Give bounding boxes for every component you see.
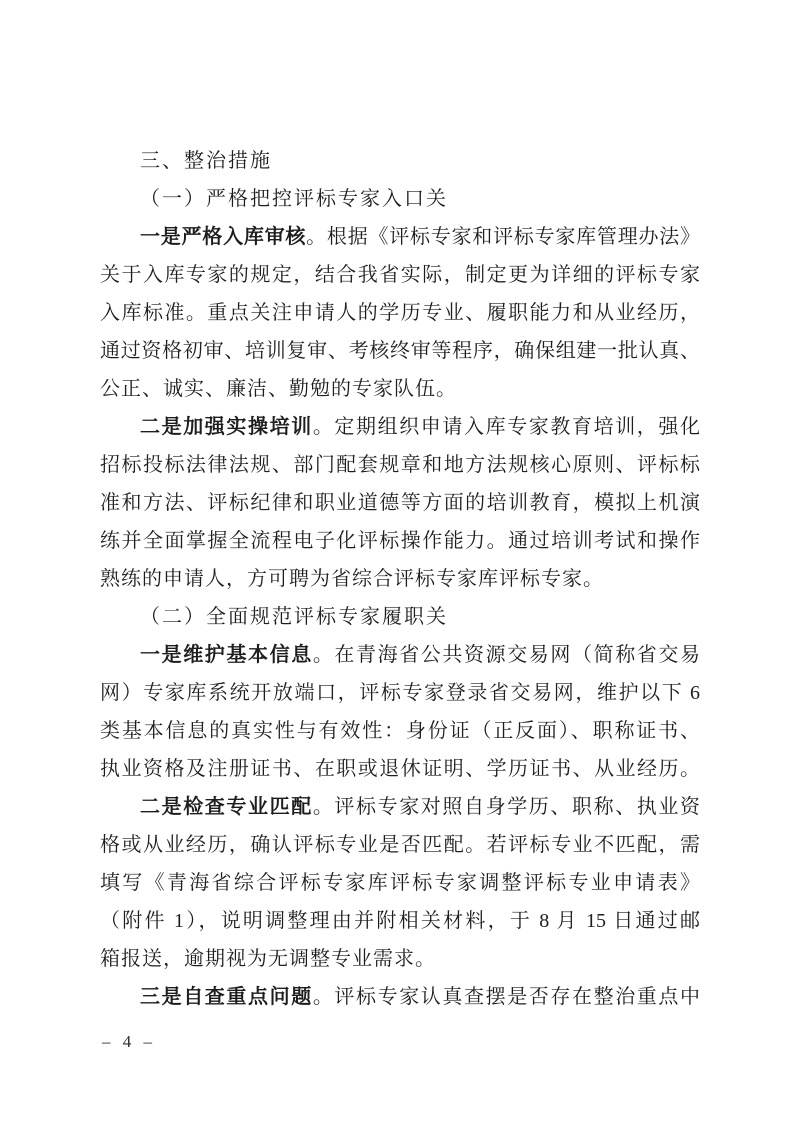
- paragraph-4-lead: 二是检查专业匹配: [140, 796, 313, 818]
- paragraph-5-lead: 三是自查重点问题: [140, 986, 313, 1008]
- doc-line: 一是维护基本信息。在青海省公共资源交易网（简称省交易: [100, 636, 700, 674]
- doc-line: 入库标准。重点关注申请人的学历专业、履职能力和从业经历，: [100, 294, 700, 332]
- doc-line: 三是自查重点问题。评标专家认真查摆是否存在整治重点中: [100, 978, 700, 1016]
- doc-line: 二是加强实操培训。定期组织申请入库专家教育培训，强化: [100, 408, 700, 446]
- doc-line-text: 执业资格及注册证书、在职或退休证明、学历证书、从业经历。: [100, 758, 700, 780]
- doc-line-text: 类基本信息的真实性与有效性：身份证（正反面）、职称证书、: [100, 720, 700, 742]
- doc-line-text: 。评标专家对照自身学历、职称、执业资: [313, 796, 700, 818]
- doc-line-text: 熟练的申请人，方可聘为省综合评标专家库评标专家。: [100, 568, 604, 590]
- doc-line-text: 。评标专家认真查摆是否存在整治重点中: [313, 986, 700, 1008]
- doc-line: 招标投标法律法规、部门配套规章和地方法规核心原则、评标标: [100, 446, 700, 484]
- subsection-heading-1: （一）严格把控评标专家入口关: [100, 180, 700, 218]
- doc-line-text: 准和方法、评标纪律和职业道德等方面的培训教育，模拟上机演: [100, 492, 700, 514]
- doc-line: （附件 1），说明调整理由并附相关材料，于 8 月 15 日通过邮: [100, 902, 700, 940]
- doc-line: 格或从业经历，确认评标专业是否匹配。若评标专业不匹配，需: [100, 826, 700, 864]
- doc-line: 箱报送，逾期视为无调整专业需求。: [100, 940, 700, 978]
- page-number: – 4 –: [102, 1028, 156, 1056]
- doc-line: 填写《青海省综合评标专家库评标专家调整评标专业申请表》: [100, 864, 700, 902]
- doc-line-text: 。根据《评标专家和评标专家库管理办法》: [306, 226, 700, 248]
- doc-line-text: 招标投标法律法规、部门配套规章和地方法规核心原则、评标标: [100, 454, 700, 476]
- subsection-heading-1-text: （一）严格把控评标专家入口关: [140, 188, 448, 210]
- doc-line: 练并全面掌握全流程电子化评标操作能力。通过培训考试和操作: [100, 522, 700, 560]
- paragraph-3-lead: 一是维护基本信息: [140, 644, 313, 666]
- subsection-heading-2: （二）全面规范评标专家履职关: [100, 598, 700, 636]
- doc-line-text: （附件 1），说明调整理由并附相关材料，于 8 月 15 日通过邮: [100, 910, 700, 932]
- doc-line-text: 入库标准。重点关注申请人的学历专业、履职能力和从业经历，: [100, 302, 700, 324]
- doc-line: 准和方法、评标纪律和职业道德等方面的培训教育，模拟上机演: [100, 484, 700, 522]
- doc-line-text: 关于入库专家的规定，结合我省实际，制定更为详细的评标专家: [100, 264, 700, 286]
- doc-line: 一是严格入库审核。根据《评标专家和评标专家库管理办法》: [100, 218, 700, 256]
- doc-line: 公正、诚实、廉洁、勤勉的专家队伍。: [100, 370, 700, 408]
- doc-line-text: 格或从业经历，确认评标专业是否匹配。若评标专业不匹配，需: [100, 834, 700, 856]
- doc-line-text: 网）专家库系统开放端口，评标专家登录省交易网，维护以下 6: [100, 682, 700, 704]
- document-body: 三、整治措施 （一）严格把控评标专家入口关 一是严格入库审核。根据《评标专家和评…: [100, 142, 700, 1016]
- doc-line: 执业资格及注册证书、在职或退休证明、学历证书、从业经历。: [100, 750, 700, 788]
- doc-line-text: 练并全面掌握全流程电子化评标操作能力。通过培训考试和操作: [100, 530, 700, 552]
- paragraph-1-lead: 一是严格入库审核: [140, 226, 306, 248]
- doc-line-text: 箱报送，逾期视为无调整专业需求。: [100, 948, 436, 970]
- doc-line: 网）专家库系统开放端口，评标专家登录省交易网，维护以下 6: [100, 674, 700, 712]
- doc-line: 通过资格初审、培训复审、考核终审等程序，确保组建一批认真、: [100, 332, 700, 370]
- section-heading-text: 三、整治措施: [140, 150, 272, 172]
- doc-line: 关于入库专家的规定，结合我省实际，制定更为详细的评标专家: [100, 256, 700, 294]
- doc-line: 类基本信息的真实性与有效性：身份证（正反面）、职称证书、: [100, 712, 700, 750]
- document-page: 三、整治措施 （一）严格把控评标专家入口关 一是严格入库审核。根据《评标专家和评…: [0, 0, 793, 1122]
- doc-line: 熟练的申请人，方可聘为省综合评标专家库评标专家。: [100, 560, 700, 598]
- section-heading: 三、整治措施: [100, 142, 700, 180]
- doc-line-text: 通过资格初审、培训复审、考核终审等程序，确保组建一批认真、: [100, 340, 700, 362]
- doc-line-text: 公正、诚实、廉洁、勤勉的专家队伍。: [100, 378, 457, 400]
- doc-line: 二是检查专业匹配。评标专家对照自身学历、职称、执业资: [100, 788, 700, 826]
- doc-line-text: 填写《青海省综合评标专家库评标专家调整评标专业申请表》: [100, 872, 700, 894]
- paragraph-2-lead: 二是加强实操培训: [140, 416, 313, 438]
- doc-line-text: 。定期组织申请入库专家教育培训，强化: [313, 416, 700, 438]
- doc-line-text: 。在青海省公共资源交易网（简称省交易: [313, 644, 700, 666]
- subsection-heading-2-text: （二）全面规范评标专家履职关: [140, 606, 448, 628]
